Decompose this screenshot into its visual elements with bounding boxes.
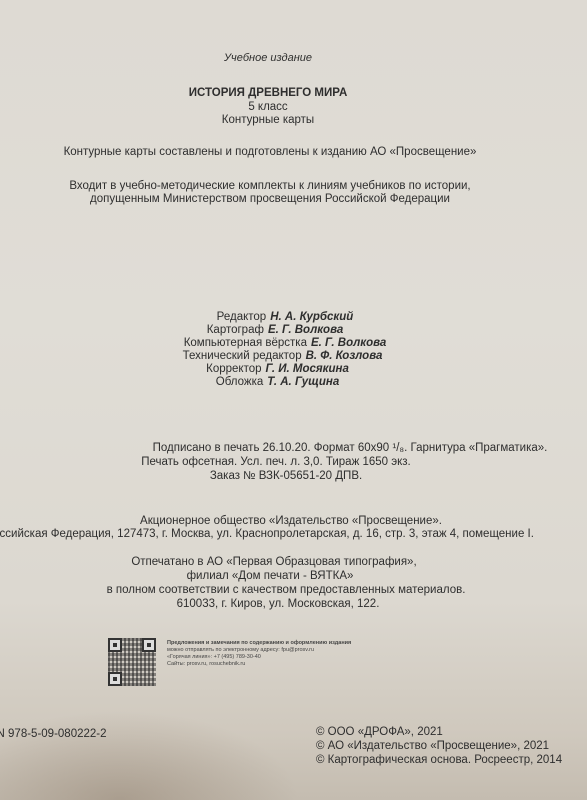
qr-finder-marker xyxy=(108,672,122,686)
page-shadow xyxy=(0,710,300,800)
qr-finder-marker xyxy=(142,638,156,652)
includes-note-line2: допущенным Министерством просвещения Рос… xyxy=(0,193,540,206)
credit-layout: Компьютерная вёрсткаЕ. Г. Волкова xyxy=(0,337,570,350)
printer-line4: 610033, г. Киров, ул. Московская, 122. xyxy=(0,598,556,611)
feedback-email: можно отправлять по электронному адресу:… xyxy=(167,647,314,654)
credit-role: Обложка xyxy=(216,376,264,388)
credit-name: Е. Г. Волкова xyxy=(311,337,386,349)
edition-type: Учебное издание xyxy=(0,52,536,65)
credit-role: Редактор xyxy=(217,311,267,323)
credit-name: В. Ф. Козлова xyxy=(306,350,383,362)
includes-note-line1: Входит в учебно-методические комплекты к… xyxy=(0,180,540,193)
printer-line1: Отпечатано в АО «Первая Образцовая типог… xyxy=(0,556,548,569)
feedback-line1: Предложения и замечания по содержанию и … xyxy=(167,640,351,647)
compiled-note: Контурные карты составлены и подготовлен… xyxy=(0,146,540,159)
credit-role: Корректор xyxy=(206,363,261,375)
grade-label: 5 класс xyxy=(0,101,536,114)
credit-tech-editor: Технический редакторВ. Ф. Козлова xyxy=(0,350,565,363)
credit-editor: РедакторН. А. Курбский xyxy=(0,311,570,324)
book-title: ИСТОРИЯ ДРЕВНЕГО МИРА xyxy=(0,87,536,100)
copyright-line: © Картографическая основа. Росреестр, 20… xyxy=(316,754,562,767)
credit-cover: ОбложкаТ. А. Гущина xyxy=(0,376,555,389)
qr-finder-marker xyxy=(108,638,122,652)
printer-line2: филиал «Дом печати - ВЯТКА» xyxy=(0,570,540,583)
book-subtitle: Контурные карты xyxy=(0,114,536,127)
qr-code-icon xyxy=(108,638,156,686)
publisher-name: Акционерное общество «Издательство «Прос… xyxy=(0,515,582,528)
credit-name: Т. А. Гущина xyxy=(267,376,339,388)
copyright-line: © ООО «ДРОФА», 2021 xyxy=(316,726,443,739)
credit-role: Компьютерная вёрстка xyxy=(184,337,307,349)
credit-cartographer: КартографЕ. Г. Волкова xyxy=(0,324,550,337)
credit-name: Н. А. Курбский xyxy=(270,311,353,323)
feedback-hotline: «Горячая линия»: +7 (495) 789-30-40 xyxy=(167,654,261,661)
printer-line3: в полном соответствии с качеством предос… xyxy=(0,584,572,597)
credit-role: Картограф xyxy=(207,324,264,336)
publisher-address: Российская Федерация, 127473, г. Москва,… xyxy=(0,528,586,541)
print-info-line2: Печать офсетная. Усл. печ. л. 3,0. Тираж… xyxy=(0,456,552,469)
isbn: ISBN 978-5-09-080222-2 xyxy=(0,728,107,741)
credit-name: Г. И. Мосякина xyxy=(266,363,349,375)
credit-name: Е. Г. Волкова xyxy=(268,324,343,336)
print-info-line3: Заказ № ВЗК-05651-20 ДПВ. xyxy=(0,470,572,483)
copyright-line: © АО «Издательство «Просвещение», 2021 xyxy=(316,740,549,753)
feedback-websites: Сайты: prosv.ru, rosuchebnik.ru xyxy=(167,661,245,668)
credit-proofreader: КорректорГ. И. Мосякина xyxy=(0,363,555,376)
print-info-line1: Подписано в печать 26.10.20. Формат 60x9… xyxy=(0,442,587,455)
isbn-text: ISBN 978-5-09-080222-2 xyxy=(0,728,107,740)
credit-role: Технический редактор xyxy=(183,350,302,362)
